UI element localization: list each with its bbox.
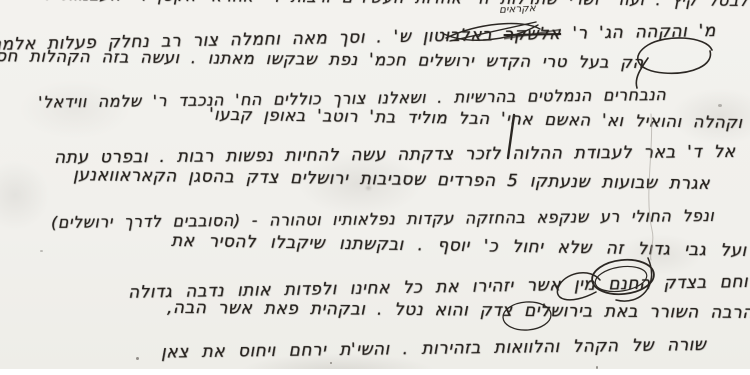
- manuscript-line-3: הק בעל טרי הקדש ירושלים חכמ' נפת שבקשו מ…: [0, 45, 644, 74]
- manuscript-line-11: הרבה השורר באת בירושלים צדק והוא נטל . ו…: [167, 297, 750, 324]
- scan-speckle: [330, 362, 332, 364]
- manuscript-page: לבטל קיץ . ועוד' ושרי שתדלות ה' אחדות הע…: [0, 0, 750, 375]
- manuscript-line-9: ועל גבי גדול זה שלא יחול כ' יוסף . ובקשת…: [171, 230, 747, 262]
- scan-speckle: [136, 357, 139, 360]
- scan-speckle: [718, 104, 722, 107]
- interlinear-correction-word: אקראים: [499, 2, 536, 16]
- manuscript-line-8: ונפל החולי רע שנקפא בהחזקה עקדות נפלאותי…: [51, 205, 714, 234]
- scan-speckle: [40, 250, 43, 252]
- manuscript-line-7: אגרת שבועות שנעתקו 5 הפרדים שסביבות ירוש…: [73, 164, 710, 195]
- struck-word: אלשקר: [504, 24, 562, 45]
- oval-scribble-flourish-icon: [636, 38, 712, 88]
- scan-edge-strip: [0, 369, 750, 375]
- line-2-text-start: מ' והקהה הג' ר': [561, 21, 716, 44]
- scan-stain: [366, 186, 371, 190]
- manuscript-line-5: וקהלה והואיל וא' האשם אחי' הבל מוליד בת'…: [208, 104, 742, 134]
- manuscript-line-1: לבטל קיץ . ועוד' ושרי שתדלות ה' אחדות הע…: [45, 0, 748, 12]
- manuscript-line-12: שורה של הקהל והלוואות בזהירות . והשי'ת י…: [161, 334, 707, 364]
